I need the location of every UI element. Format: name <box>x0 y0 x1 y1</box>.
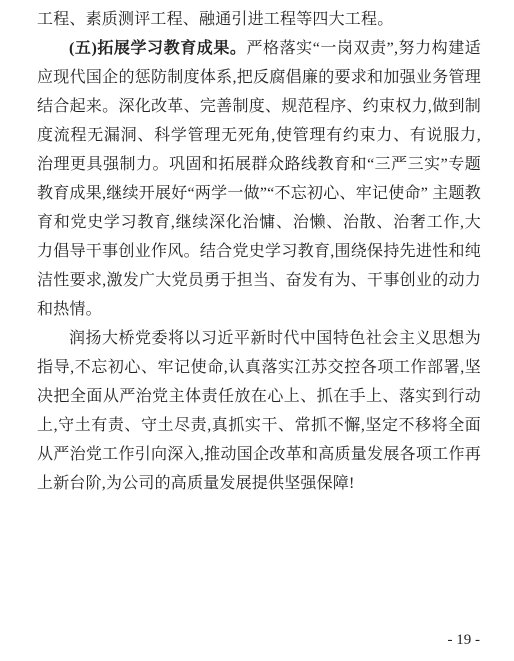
text-run: 润扬大桥党委将以习近平新时代中国特色社会主义思想为指导,不忘初心、牢记使命,认真… <box>37 330 481 492</box>
page-number: - 19 - <box>448 632 481 648</box>
text-run: 工程、素质测评工程、融通引进工程等四大工程。 <box>37 11 393 28</box>
page-footer: - 19 - <box>448 632 481 649</box>
paragraph-closing: 润扬大桥党委将以习近平新时代中国特色社会主义思想为指导,不忘初心、牢记使命,认真… <box>37 324 481 498</box>
document-page: 工程、素质测评工程、融通引进工程等四大工程。(五)拓展学习教育成果。严格落实“一… <box>0 0 514 661</box>
heading-run: (五)拓展学习教育成果。 <box>69 40 246 57</box>
paragraph-continued: 工程、素质测评工程、融通引进工程等四大工程。 <box>37 5 481 34</box>
paragraph-section-five: (五)拓展学习教育成果。严格落实“一岗双责”,努力构建适应现代国企的惩防制度体系… <box>37 34 481 324</box>
document-body: 工程、素质测评工程、融通引进工程等四大工程。(五)拓展学习教育成果。严格落实“一… <box>37 5 481 498</box>
text-run: 严格落实“一岗双责”,努力构建适应现代国企的惩防制度体系,把反腐倡廉的要求和加强… <box>37 40 481 318</box>
